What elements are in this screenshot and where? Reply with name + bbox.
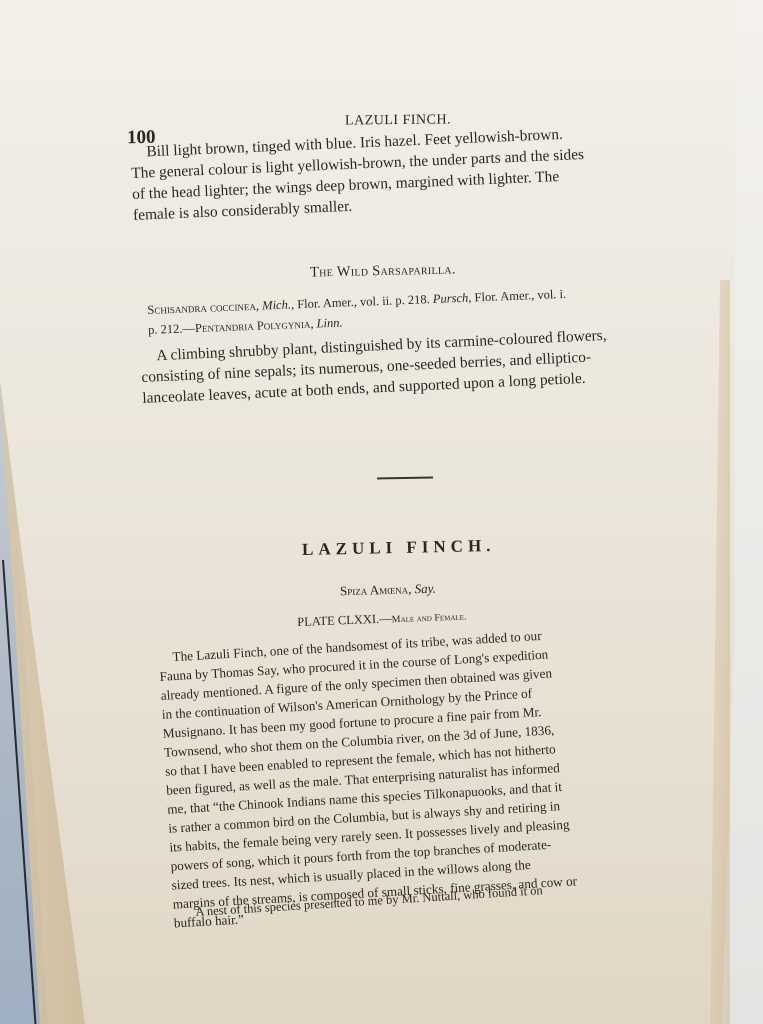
citation-linn: Linn. [316,316,343,331]
article-title: LAZULI FINCH. [302,536,496,560]
plate-label: PLATE CLXXI.—Male and Female. [297,609,467,630]
citation-author: Mich. [262,297,291,312]
species-name: Spiza Amœna, Say. [340,581,436,600]
citation-page: p. 212.— [148,321,195,337]
description-paragraph: Bill light brown, tinged with blue. Iris… [130,123,586,226]
binomial: Spiza Amœna, [340,581,412,598]
plate-subtitle: Male and Female. [391,611,466,625]
citation-class: Pentandria Polygynia, [195,317,314,336]
running-head: LAZULI FINCH. [345,112,451,129]
citation-genus: Schisandra coccinea, [147,299,259,317]
citation-ref-2: , Flor. Amer., vol. i. [468,287,566,305]
citation-ref: , Flor. Amer., vol. ii. p. 218. [291,292,430,311]
section-divider [377,477,433,480]
page-content: 100 LAZULI FINCH. Bill light brown, ting… [0,0,763,1024]
citation-author-2: Pursch [433,291,469,306]
authority: Say. [414,581,436,597]
plant-heading: The Wild Sarsaparilla. [310,261,456,281]
plate-number: PLATE CLXXI.— [297,611,392,629]
